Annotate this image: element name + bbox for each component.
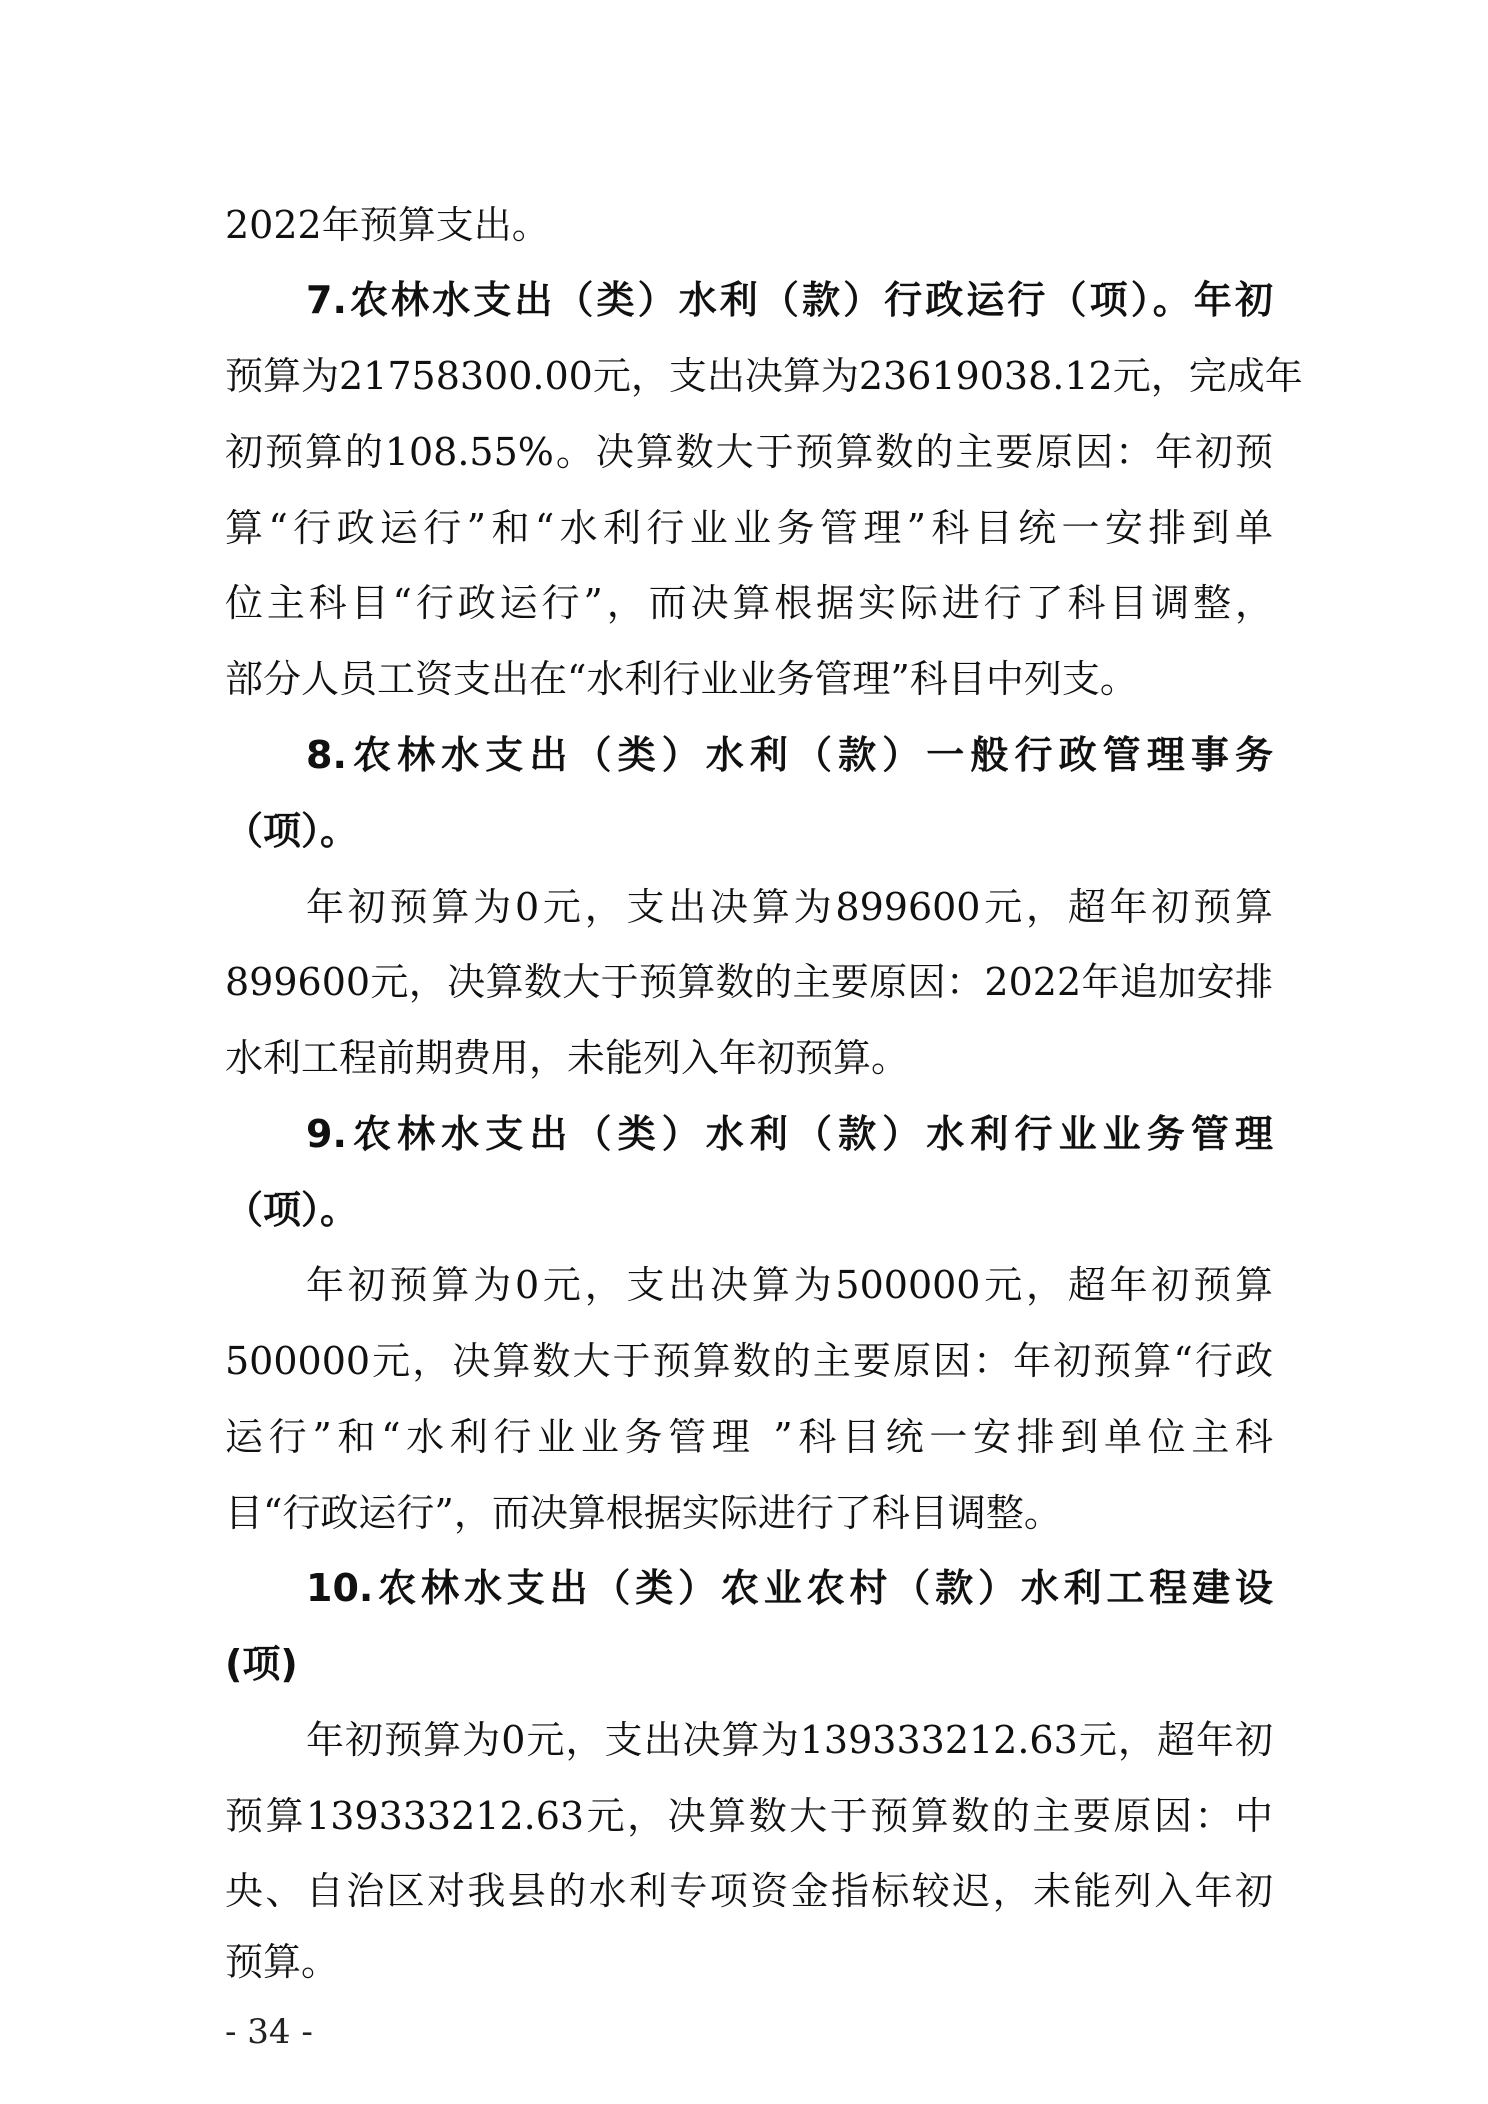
paragraph-line: 预算为21758300.00元，支出决算为23619038.12元，完成年 [225,351,1273,401]
paragraph-line: 央、自治区对我县的水利专项资金指标较迟，未能列入年初 [225,1866,1273,1916]
heading-text: 7.农林水支出（类）水利（款）行政运行（项）。年初 [306,278,1273,322]
paragraph-line: 预算。 [225,1937,1273,1987]
paragraph-line: 年初预算为0元，支出决算为139333212.63元，超年初 [306,1715,1273,1765]
paragraph-line: 目“行政运行”，而决算根据实际进行了科目调整。 [225,1488,1273,1538]
paragraph-line: 初预算的108.55%。决算数大于预算数的主要原因：年初预 [225,427,1273,477]
paragraph-line: 899600元，决算数大于预算数的主要原因：2022年追加安排 [225,957,1273,1007]
section-9-heading-cont: （项）。 [225,1185,1273,1235]
paragraph-line: 年初预算为0元，支出决算为899600元，超年初预算 [306,882,1273,932]
paragraph-line: 2022年预算支出。 [225,200,1273,250]
section-8-heading: 8.农林水支出（类）水利（款）一般行政管理事务 [306,730,1273,780]
paragraph-line: 部分人员工资支出在“水利行业业务管理”科目中列支。 [225,654,1273,704]
paragraph-line: 运行”和“水利行业业务管理 ”科目统一安排到单位主科 [225,1412,1273,1462]
section-8-heading-cont: （项）。 [225,806,1273,856]
page-number: - 34 - [225,2010,313,2054]
section-7-heading: 7.农林水支出（类）水利（款）行政运行（项）。年初 [306,275,1273,325]
paragraph-line: 水利工程前期费用，未能列入年初预算。 [225,1033,1273,1083]
paragraph-line: 算“行政运行”和“水利行业业务管理”科目统一安排到单 [225,503,1273,553]
section-10-heading: 10.农林水支出（类）农业农村（款）水利工程建设 [306,1563,1273,1613]
paragraph-line: 年初预算为0元，支出决算为500000元，超年初预算 [306,1260,1273,1310]
paragraph-line: 位主科目“行政运行”，而决算根据实际进行了科目调整， [225,578,1273,628]
paragraph-line: 500000元，决算数大于预算数的主要原因：年初预算“行政 [225,1336,1273,1386]
paragraph-line: 预算139333212.63元，决算数大于预算数的主要原因：中 [225,1791,1273,1841]
section-9-heading: 9.农林水支出（类）水利（款）水利行业业务管理 [306,1109,1273,1159]
document-page: 2022年预算支出。 7.农林水支出（类）水利（款）行政运行（项）。年初 预算为… [0,0,1488,2104]
section-10-heading-cont: (项) [225,1639,1273,1689]
